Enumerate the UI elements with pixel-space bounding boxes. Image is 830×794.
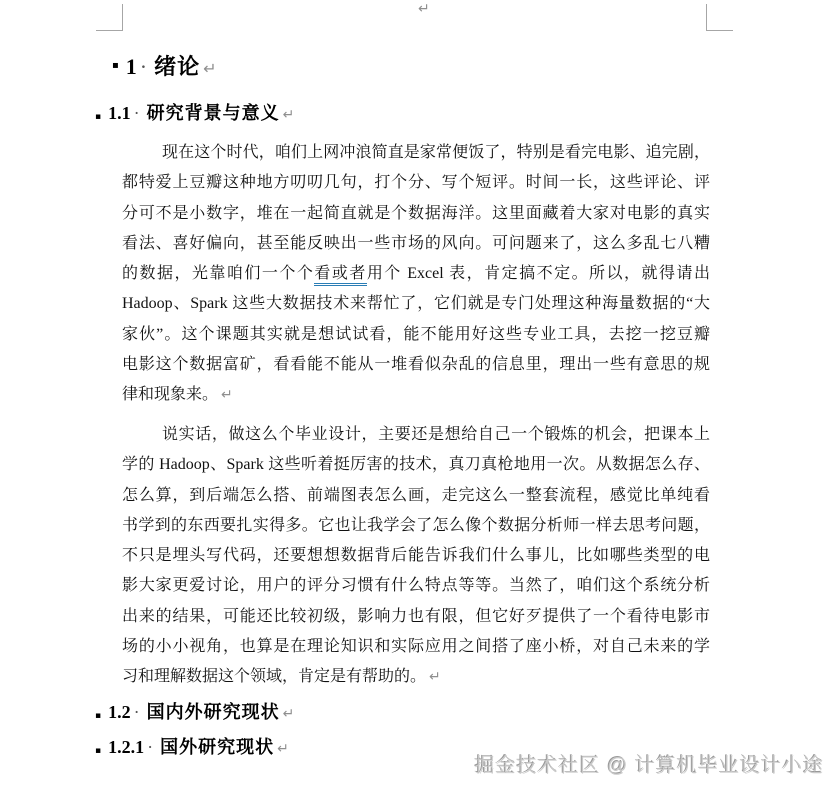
paragraph-line: 场的小小视角，也算是在理论知识和实际应用之间搭了座小桥，对自己未来的学 <box>122 632 710 662</box>
paragraph-line: 书学到的东西要扎实得多。它也让我学会了怎么像个数据分析师一样去思考问题， <box>122 511 710 541</box>
heading-title: 国外研究现状 <box>160 737 274 757</box>
body-text: 影大家更爱讨论，用户的评分习惯有什么特点等等。当然了，咱们这个系统分析 <box>122 577 710 594</box>
space-formatting-mark: · <box>140 54 147 79</box>
body-text: Hadoop、Spark 这些大数据技术来帮忙了，它们就是专门处理这种海量数据的… <box>122 295 710 312</box>
body-text: 怎么算，到后端怎么搭、前端图表怎么画，走完这么一整套流程，感觉比单纯看 <box>122 487 710 504</box>
watermark: 掘金技术社区 @ 计算机毕业设计小途 <box>475 749 824 778</box>
heading-number: 1 <box>126 54 137 79</box>
space-formatting-mark: · <box>134 702 140 722</box>
heading-number: 1.2 <box>108 702 131 722</box>
empty-paragraph-mark: ↵ <box>418 1 430 17</box>
body-text: 的数据，光靠咱们一个个 <box>122 265 314 282</box>
body-text: 说实话，做这么个毕业设计，主要还是想给自己一个锻炼的机会，把课本上 <box>162 426 710 443</box>
body-text: 都特爱上豆瓣这种地方叨叨几句，打个分、写个短评。时间一长，这些评论、评 <box>122 174 710 191</box>
paragraph-mark: ↵ <box>283 706 295 722</box>
heading-title: 国内外研究现状 <box>147 702 280 722</box>
paragraph-line: 看法、喜好偏向，甚至能反映出一些市场的风向。可问题来了，这么多乱七八糟 <box>122 229 710 259</box>
space-formatting-mark: · <box>134 103 140 123</box>
paragraph-line: 学的 Hadoop、Spark 这些听着挺厉害的技术，真刀真枪地用一次。从数据怎… <box>122 450 710 480</box>
body-text: 用个 Excel 表，肯定搞不定。所以，就得请出 <box>367 265 710 282</box>
heading-square-mark: ▪ <box>95 746 101 756</box>
paragraph-line: 分可不是小数字，堆在一起简直就是个数据海洋。这里面藏着大家对电影的真实 <box>122 199 710 229</box>
body-text: 习和理解数据这个领域，肯定是有帮助的。 <box>122 668 426 685</box>
paragraph-line: 家伙”。这个课题其实就是想试试看，能不能用好这些专业工具，去挖一挖豆瓣 <box>122 320 710 350</box>
heading-1-2-research-status: ▪1.2·国内外研究现状↵ <box>95 698 294 724</box>
heading-number: 1.2.1 <box>108 737 144 757</box>
body-text: 现在这个时代，咱们上网冲浪简直是家常便饭了，特别是看完电影、追完剧， <box>162 144 710 161</box>
text-boundary-corner-mark-right <box>706 4 733 31</box>
paragraph-line: 律和现象来。↵ <box>122 380 710 410</box>
paragraph-line: 的数据，光靠咱们一个个看或者用个 Excel 表，肯定搞不定。所以，就得请出 <box>122 259 710 289</box>
paragraph-mark: ↵ <box>429 669 441 685</box>
grammar-check-underlined-text: 看或者 <box>314 265 366 286</box>
body-text: 律和现象来。 <box>122 386 218 403</box>
paragraph-line: 影大家更爱讨论，用户的评分习惯有什么特点等等。当然了，咱们这个系统分析 <box>122 571 710 601</box>
body-text: 家伙”。这个课题其实就是想试试看，能不能用好这些专业工具，去挖一挖豆瓣 <box>122 326 710 343</box>
document-page[interactable]: ↵ ▪1·绪论↵ ▪1.1·研究背景与意义↵ 现在这个时代，咱们上网冲浪简直是家… <box>0 0 830 794</box>
paragraph-line: 电影这个数据富矿，看看能不能从一堆看似杂乱的信息里，理出一些有意思的规 <box>122 350 710 380</box>
heading-1-2-1-foreign-research: ▪1.2.1·国外研究现状↵ <box>95 733 289 759</box>
body-text: 出来的结果，可能还比较初级，影响力也有限，但它好歹提供了一个看待电影市 <box>122 608 710 625</box>
heading-title: 绪论 <box>154 54 200 79</box>
heading-square-mark: ▪ <box>95 112 101 122</box>
body-paragraph-2[interactable]: 说实话，做这么个毕业设计，主要还是想给自己一个锻炼的机会，把课本上学的 Hado… <box>122 420 710 693</box>
paragraph-line: 都特爱上豆瓣这种地方叨叨几句，打个分、写个短评。时间一长，这些评论、评 <box>122 168 710 198</box>
body-text: 分可不是小数字，堆在一起简直就是个数据海洋。这里面藏着大家对电影的真实 <box>122 205 710 222</box>
text-boundary-corner-mark-left <box>96 4 123 31</box>
paragraph-mark: ↵ <box>221 387 233 403</box>
body-text: 学的 Hadoop、Spark 这些听着挺厉害的技术，真刀真枪地用一次。从数据怎… <box>122 456 710 473</box>
paragraph-mark: ↵ <box>277 741 289 757</box>
paragraph-mark: ↵ <box>283 107 295 123</box>
heading-1-1-background: ▪1.1·研究背景与意义↵ <box>95 99 294 125</box>
heading-number: 1.1 <box>108 103 131 123</box>
heading-title: 研究背景与意义 <box>147 103 280 123</box>
paragraph-line: 怎么算，到后端怎么搭、前端图表怎么画，走完这么一整套流程，感觉比单纯看 <box>122 481 710 511</box>
body-text: 看法、喜好偏向，甚至能反映出一些市场的风向。可问题来了，这么多乱七八糟 <box>122 235 710 252</box>
body-text: 电影这个数据富矿，看看能不能从一堆看似杂乱的信息里，理出一些有意思的规 <box>122 356 710 373</box>
paragraph-line: 不只是埋头写代码，还要想想数据背后能告诉我们什么事儿，比如哪些类型的电 <box>122 541 710 571</box>
paragraph-line: 习和理解数据这个领域，肯定是有帮助的。↵ <box>122 662 710 692</box>
paragraph-line: 说实话，做这么个毕业设计，主要还是想给自己一个锻炼的机会，把课本上 <box>122 420 710 450</box>
body-text: 书学到的东西要扎实得多。它也让我学会了怎么像个数据分析师一样去思考问题， <box>122 517 710 534</box>
body-text: 场的小小视角，也算是在理论知识和实际应用之间搭了座小桥，对自己未来的学 <box>122 638 710 655</box>
heading-1-introduction: ▪1·绪论↵ <box>112 50 217 81</box>
space-formatting-mark: · <box>147 737 153 757</box>
body-paragraph-1[interactable]: 现在这个时代，咱们上网冲浪简直是家常便饭了，特别是看完电影、追完剧，都特爱上豆瓣… <box>122 138 710 411</box>
paragraph-line: 出来的结果，可能还比较初级，影响力也有限，但它好歹提供了一个看待电影市 <box>122 602 710 632</box>
heading-square-mark: ▪ <box>95 711 101 721</box>
paragraph-line: Hadoop、Spark 这些大数据技术来帮忙了，它们就是专门处理这种海量数据的… <box>122 289 710 319</box>
body-text: 不只是埋头写代码，还要想想数据背后能告诉我们什么事儿，比如哪些类型的电 <box>122 547 710 564</box>
paragraph-line: 现在这个时代，咱们上网冲浪简直是家常便饭了，特别是看完电影、追完剧， <box>122 138 710 168</box>
heading-square-mark: ▪ <box>112 60 119 71</box>
paragraph-mark: ↵ <box>203 59 216 78</box>
